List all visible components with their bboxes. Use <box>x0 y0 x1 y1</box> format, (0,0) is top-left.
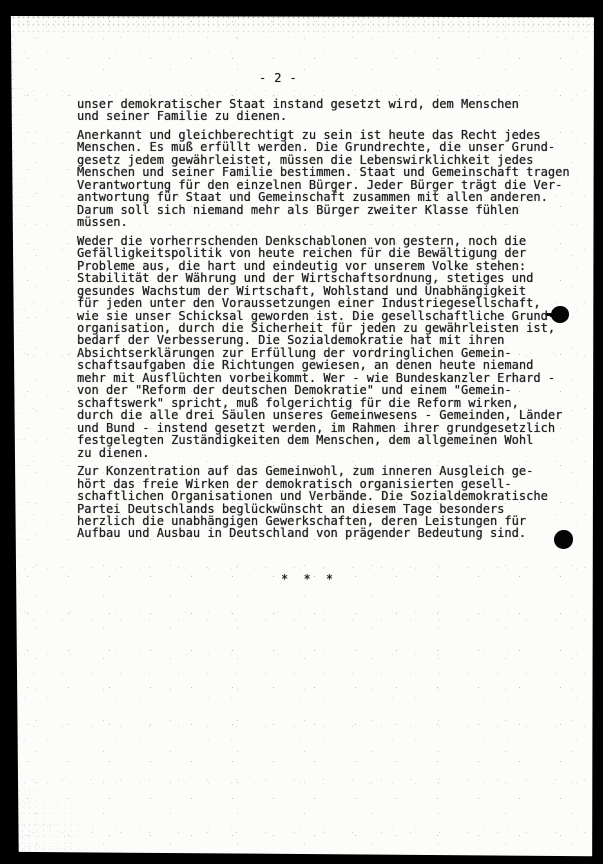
ink-blot-dot <box>554 530 573 549</box>
paragraph: unser demokratischer Staat instand geset… <box>77 98 573 123</box>
paragraph: Anerkannt und gleichberechtigt zu sein i… <box>77 129 573 229</box>
ink-blot-dot <box>551 306 569 323</box>
paragraph: Zur Konzentration auf das Gemeinwohl, zu… <box>77 465 573 540</box>
scan-noise-top <box>6 14 597 40</box>
scan-noise-bottom-left <box>12 786 142 856</box>
document-body: unser demokratischer Staat instand geset… <box>77 98 573 546</box>
document-page: - 2 - unser demokratischer Staat instand… <box>0 0 603 864</box>
scan-noise-left <box>10 30 24 854</box>
page-number: - 2 - <box>259 71 297 85</box>
scan-border: - 2 - unser demokratischer Staat instand… <box>0 0 603 864</box>
paragraph: Weder die vorherrschenden Denkschablonen… <box>77 235 573 459</box>
section-separator: * * * <box>281 572 337 586</box>
